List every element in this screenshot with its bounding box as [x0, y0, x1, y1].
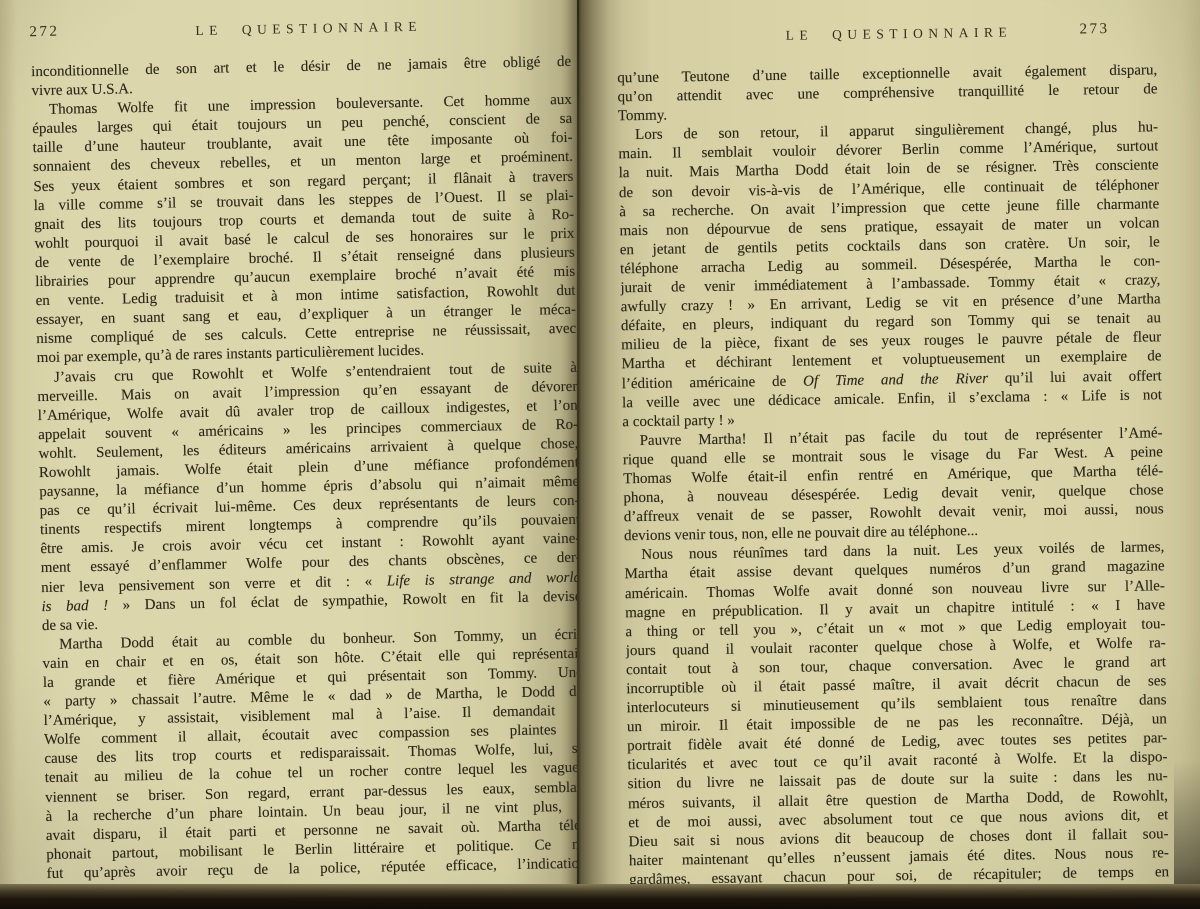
page-number-right: 273	[1079, 21, 1109, 38]
book-bottom-edge	[0, 884, 1200, 909]
text-block-right: qu’une Teutone d’une taille exceptionnel…	[617, 61, 1169, 890]
text-block-left: inconditionnelle de son art et le désir …	[31, 53, 587, 884]
left-page: 272 LE QUESTIONNAIRE inconditionnelle de…	[0, 0, 578, 893]
page-number-left: 272	[29, 24, 59, 42]
left-page-content: 272 LE QUESTIONNAIRE inconditionnelle de…	[0, 0, 594, 894]
running-title-right: LE QUESTIONNAIRE	[786, 24, 1013, 43]
book-photo: 272 LE QUESTIONNAIRE inconditionnelle de…	[0, 0, 1200, 909]
right-page: LE QUESTIONNAIRE 273 qu’une Teutone d’un…	[578, 0, 1200, 893]
right-page-content: LE QUESTIONNAIRE 273 qu’une Teutone d’un…	[577, 0, 1200, 894]
running-title-left: LE QUESTIONNAIRE	[195, 19, 422, 39]
